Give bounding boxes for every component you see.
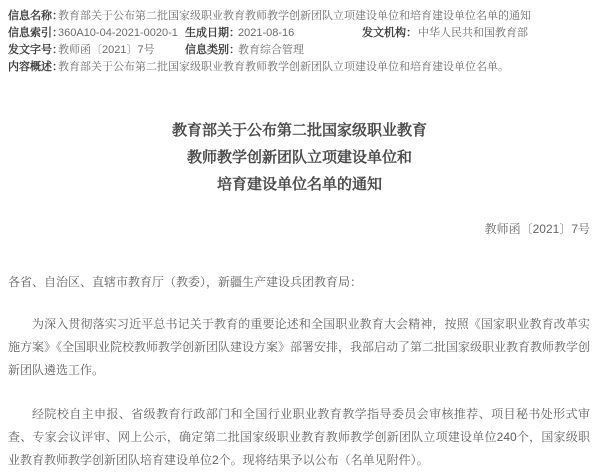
info-category-label: 信息类别：: [185, 43, 240, 58]
document-page: 信息名称： 教育部关于公布第二批国家级职业教育教师教学创新团队立项建设单位和培育…: [0, 0, 599, 474]
generation-date-value: 2021-08-16: [238, 26, 294, 41]
salutation-line: 各省、自治区、直辖市教育厅（教委），新疆生产建设兵团教育局：: [0, 271, 599, 294]
document-title: 教育部关于公布第二批国家级职业教育 教师教学创新团队立项建设单位和 培育建设单位…: [0, 117, 599, 198]
document-title-line-1: 教育部关于公布第二批国家级职业教育: [0, 117, 599, 144]
generation-date-label: 生成日期：: [185, 26, 240, 41]
meta-row-summary: 内容概述： 教育部关于公布第二批国家级职业教育教师教学创新团队立项建设单位和培育…: [8, 59, 591, 76]
body-paragraph-1: 为深入贯彻落实习近平总书记关于教育的重要论述和全国职业教育大会精神，按照《国家职…: [0, 313, 599, 382]
document-title-line-3: 培育建设单位名单的通知: [0, 171, 599, 198]
info-name-label: 信息名称：: [8, 9, 63, 24]
content-summary-value: 教育部关于公布第二批国家级职业教育教师教学创新团队立项建设单位和培育建设单位名单…: [58, 60, 509, 75]
document-reference-number: 教师函〔2021〕7号: [0, 218, 599, 241]
meta-row-docno-category: 发文字号： 教师函〔2021〕7号 信息类别： 教育综合管理: [8, 42, 591, 59]
info-index-label: 信息索引：: [8, 26, 63, 41]
doc-number-label: 发文字号：: [8, 43, 63, 58]
doc-meta-block: 信息名称： 教育部关于公布第二批国家级职业教育教师教学创新团队立项建设单位和培育…: [0, 0, 599, 76]
info-category-value: 教育综合管理: [238, 43, 304, 58]
document-title-line-2: 教师教学创新团队立项建设单位和: [0, 144, 599, 171]
doc-number-value: 教师函〔2021〕7号: [58, 43, 155, 58]
meta-row-index-date-issuer: 信息索引： 360A10-04-2021-0020-1 生成日期： 2021-0…: [8, 25, 591, 42]
meta-row-name: 信息名称： 教育部关于公布第二批国家级职业教育教师教学创新团队立项建设单位和培育…: [8, 8, 591, 25]
content-summary-label: 内容概述：: [8, 60, 63, 75]
body-paragraph-2: 经院校自主申报、省级教育行政部门和全国行业职业教育教学指导委员会审核推荐、项目秘…: [0, 403, 599, 472]
info-name-value: 教育部关于公布第二批国家级职业教育教师教学创新团队立项建设单位和培育建设单位名单…: [58, 9, 531, 24]
issuing-agency-value: 中华人民共和国教育部: [418, 26, 528, 41]
issuing-agency-label: 发文机构：: [362, 26, 417, 41]
info-index-value: 360A10-04-2021-0020-1: [58, 26, 178, 41]
